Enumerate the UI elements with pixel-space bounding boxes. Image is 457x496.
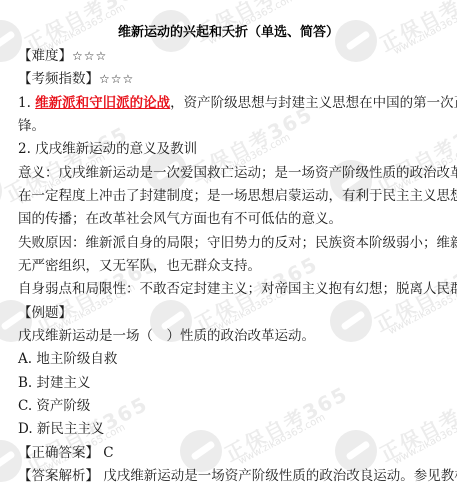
option-c: C. 资产阶级 bbox=[18, 397, 90, 415]
watermark-logo-icon bbox=[180, 430, 222, 472]
example-question: 戊戌维新运动是一场（ ）性质的政治改革运动。 bbox=[18, 327, 315, 345]
point1-line1: 1. 维新派和守旧派的论战，资产阶级思想与封建主义思想在中国的第一次正面交 bbox=[18, 94, 457, 112]
point1-number: 1. bbox=[18, 95, 35, 111]
analysis-text: 戊戌维新运动是一场资产阶级性质的政治改良运动。参见教材 P74。 bbox=[103, 468, 457, 484]
failure-line: 失败原因：维新派自身的局限；守旧势力的反对；民族资本阶级弱小；维新派既 bbox=[18, 234, 457, 252]
significance-line: 意义：戊戌维新运动是一次爱国救亡运动；是一场资产阶级性质的政治改革运动， bbox=[18, 164, 457, 182]
difficulty-stars-icon: ☆☆☆ bbox=[72, 49, 107, 63]
option-d: D. 新民主主义 bbox=[18, 420, 104, 438]
failure-line: 无严密组织，又无军队，也无群众支持。 bbox=[18, 257, 261, 275]
point1-highlight: 维新派和守旧派的论战 bbox=[35, 95, 170, 111]
example-label: 【例题】 bbox=[18, 304, 72, 322]
answer-label: 【正确答案】 bbox=[18, 445, 99, 461]
frequency-label: 【考频指数】 bbox=[18, 71, 99, 87]
point1-text: ，资产阶级思想与封建主义思想在中国的第一次正面交 bbox=[170, 95, 457, 111]
analysis-label: 【答案解析】 bbox=[18, 468, 99, 484]
watermark-logo-icon bbox=[335, 430, 377, 472]
weakness-line: 自身弱点和局限性：不敢否定封建主义；对帝国主义抱有幻想；脱离人民群众。 bbox=[18, 280, 457, 298]
option-a: A. 地主阶级自救 bbox=[18, 350, 117, 368]
option-b: B. 封建主义 bbox=[18, 374, 91, 392]
difficulty-row: 【难度】☆☆☆ bbox=[18, 47, 107, 65]
page-title: 维新运动的兴起和夭折（单选、简答） bbox=[0, 24, 457, 42]
watermark-logo-icon bbox=[330, 300, 372, 342]
frequency-row: 【考频指数】☆☆☆ bbox=[18, 70, 134, 88]
analysis-row: 【答案解析】 戊戌维新运动是一场资产阶级性质的政治改良运动。参见教材 P74。 bbox=[18, 467, 457, 485]
significance-line: 在一定程度上冲击了封建制度；是一场思想启蒙运动，有利于民主主义思想在中 bbox=[18, 187, 457, 205]
watermark-logo-icon bbox=[0, 170, 2, 212]
answer-value: C bbox=[103, 445, 113, 461]
point1-line2: 锋。 bbox=[18, 117, 45, 135]
frequency-stars-icon: ☆☆☆ bbox=[99, 72, 134, 86]
answer-row: 【正确答案】 C bbox=[18, 444, 114, 462]
significance-line: 国的传播；在改革社会风气方面也有不可低估的意义。 bbox=[18, 210, 342, 228]
point2-heading: 2. 戊戌维新运动的意义及教训 bbox=[18, 140, 197, 158]
difficulty-label: 【难度】 bbox=[18, 48, 72, 64]
